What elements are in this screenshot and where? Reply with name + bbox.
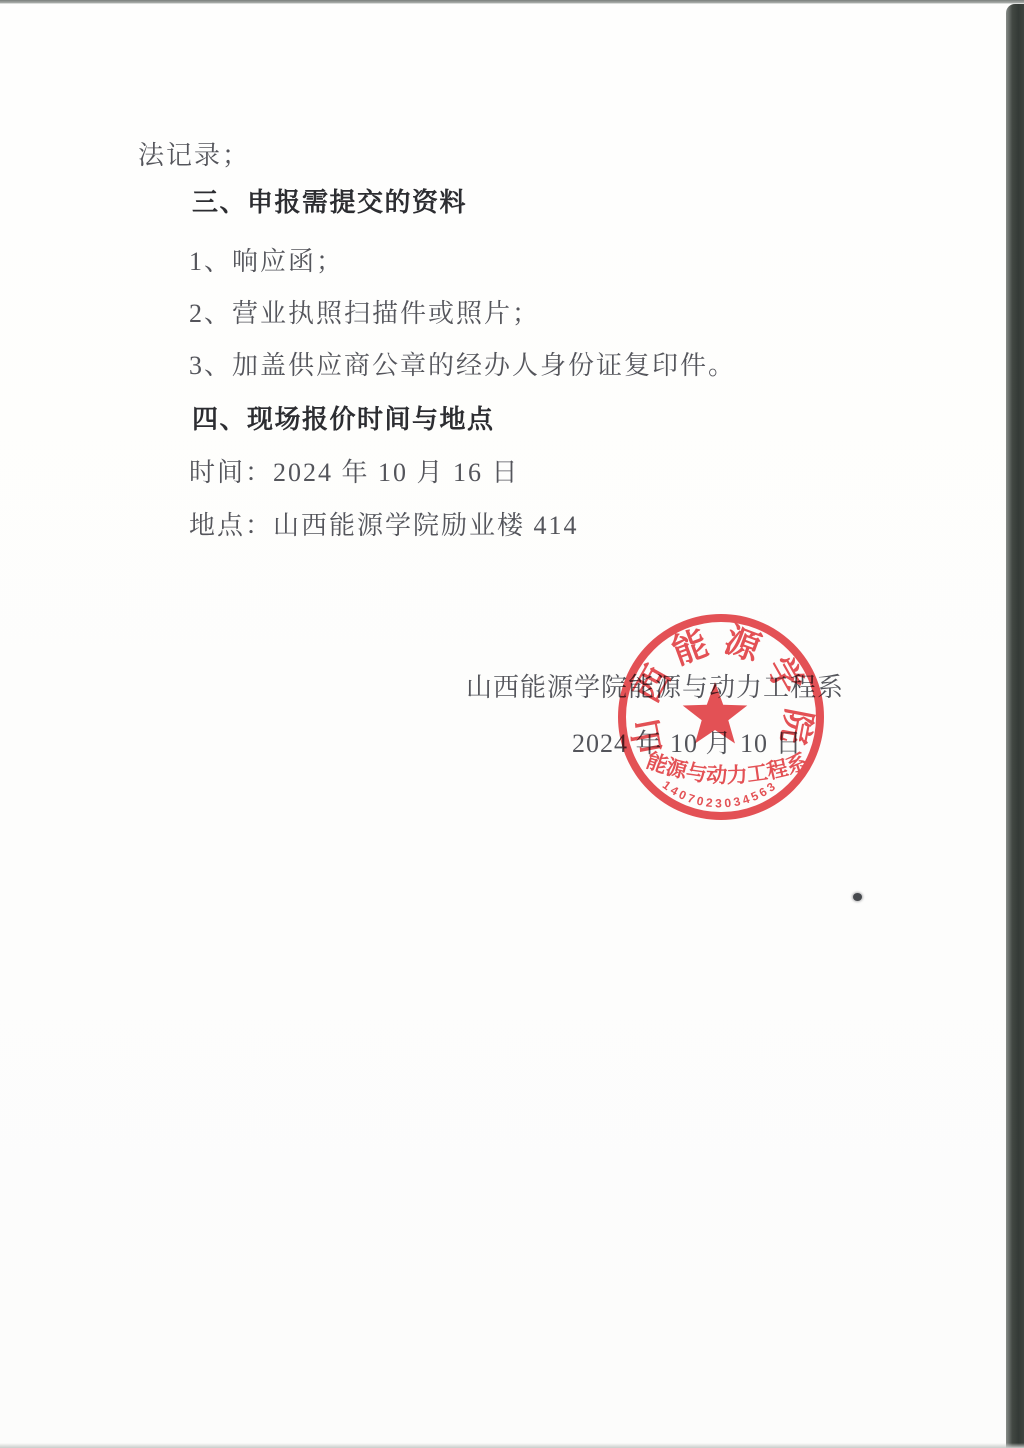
scan-edge-top <box>0 0 1024 4</box>
list-item-response-letter: 1、响应函； <box>189 247 344 277</box>
time-line: 时间：2024 年 10 月 16 日 <box>189 458 520 488</box>
list-item-business-license: 2、营业执照扫描件或照片； <box>189 299 540 329</box>
seal-ring-text: 山西能源学院 <box>623 619 818 757</box>
section-heading-materials: 三、申报需提交的资料 <box>192 187 467 217</box>
scanned-document-page: 法记录； 三、申报需提交的资料 1、响应函； 2、营业执照扫描件或照片； 3、加… <box>0 0 1024 1448</box>
carryover-line: 法记录； <box>138 141 250 171</box>
section-heading-quotation-time-place: 四、现场报价时间与地点 <box>192 404 495 434</box>
venue-line: 地点：山西能源学院励业楼 414 <box>189 511 579 541</box>
svg-text:山西能源学院: 山西能源学院 <box>623 619 818 757</box>
scan-speck <box>853 893 862 901</box>
scan-edge-bottom <box>0 1443 1024 1448</box>
scan-edge-right <box>1006 4 1024 1448</box>
list-item-id-copy: 3、加盖供应商公章的经办人身份证复印件。 <box>189 351 736 381</box>
official-seal: 山西能源学院 能源与动力工程系 1407023034563 <box>605 602 837 834</box>
seal-star-icon <box>683 682 748 744</box>
